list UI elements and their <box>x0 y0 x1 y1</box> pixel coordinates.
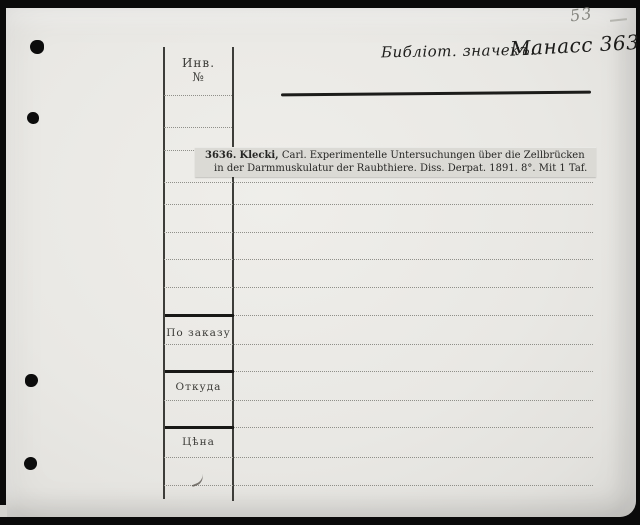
entry-number: 3636. <box>205 150 236 161</box>
hole-punch <box>30 40 44 54</box>
inventory-number-label: Инв. <box>164 56 233 70</box>
catalog-entry-line2: in der Darmmuskulatur der Raubthiere. Di… <box>195 163 596 176</box>
dotted-rule <box>164 400 593 401</box>
dotted-rule <box>164 457 593 458</box>
card-edge-strip <box>0 505 7 517</box>
section-label-cena: Цѣна <box>164 436 233 448</box>
inventory-number-sign: № <box>164 70 233 84</box>
catalog-entry-slip: 3636. Klecki, Carl. Experimentelle Unter… <box>195 147 596 177</box>
section-divider <box>165 314 234 317</box>
dotted-rule <box>164 204 593 205</box>
catalog-entry-line1: 3636. Klecki, Carl. Experimentelle Unter… <box>195 150 596 163</box>
section-divider <box>165 370 234 373</box>
pencil-page-number: 53 <box>569 4 594 26</box>
dotted-rule <box>164 232 593 233</box>
section-label-po-zakazu: По заказу <box>164 327 233 339</box>
card-sheet <box>6 8 636 517</box>
dotted-rule <box>233 371 593 372</box>
dotted-rule <box>164 287 593 288</box>
hole-punch <box>27 112 39 124</box>
dotted-rule <box>164 344 593 345</box>
dotted-rule <box>233 427 593 428</box>
column-rule-left <box>163 47 165 499</box>
dotted-rule <box>233 315 593 316</box>
column-rule-right <box>232 47 234 501</box>
hole-punch <box>24 457 37 470</box>
dotted-rule <box>164 95 232 96</box>
section-label-otkuda: Откуда <box>164 381 233 393</box>
entry-author: Klecki, <box>240 150 279 161</box>
dotted-rule <box>164 259 593 260</box>
dotted-rule <box>164 150 196 151</box>
dotted-rule <box>164 127 232 128</box>
scanned-catalog-card: Инв. № По заказу Откуда Цѣна Библіот. зн… <box>0 0 640 525</box>
dotted-rule <box>164 182 593 183</box>
entry-title: Carl. Experimentelle Untersuchungen über… <box>282 150 585 161</box>
dotted-rule <box>164 485 593 486</box>
section-divider <box>165 426 234 429</box>
